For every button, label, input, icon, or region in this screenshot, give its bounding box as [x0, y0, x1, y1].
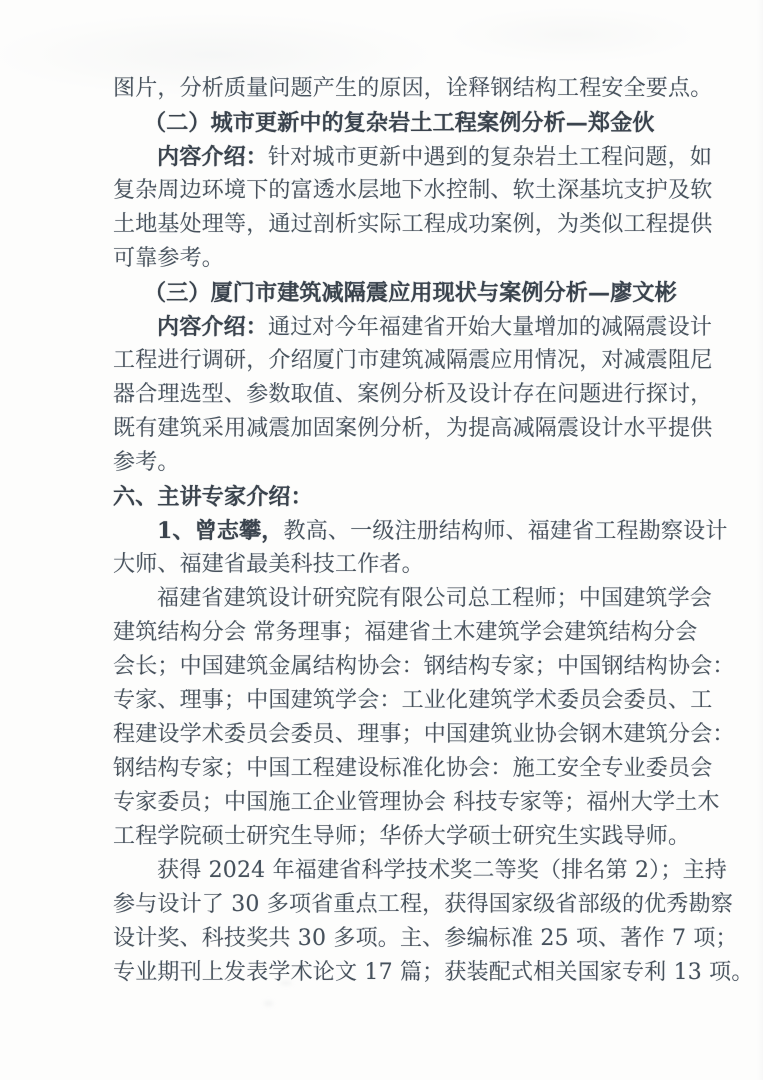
paragraph-line: 参考。 — [113, 446, 713, 480]
body-text: 程建设学术委员会委员、理事；中国建筑业协会钢木建筑分会： — [113, 722, 735, 747]
paragraph-line: 参与设计了 30 多项省重点工程，获得国家级省部级的优秀勘察 — [113, 888, 713, 922]
body-text: 专家委员；中国施工企业管理协会 科技专家等；福州大学土木 — [113, 790, 720, 815]
document-text-block: 图片，分析质量问题产生的原因，诠释钢结构工程安全要点。 （二）城市更新中的复杂岩… — [113, 72, 713, 990]
label-content-intro: 内容介绍： — [157, 314, 268, 340]
paragraph-line: 专家委员；中国施工企业管理协会 科技专家等；福州大学土木 — [113, 786, 713, 820]
body-text: 工程学院硕士研究生导师；华侨大学硕士研究生实践导师。 — [113, 824, 690, 849]
paragraph-line: 内容介绍：通过对今年福建省开始大量增加的减隔震设计 — [113, 310, 713, 344]
heading-text: （三）厦门市建筑减隔震应用现状与案例分析—廖文彬 — [144, 280, 677, 306]
paragraph-line: 福建省建筑设计研究院有限公司总工程师；中国建筑学会 — [113, 582, 713, 616]
body-text: 会长；中国建筑金属结构协会：钢结构专家；中国钢结构协会： — [113, 654, 735, 679]
expert-name: 1、曾志攀， — [157, 518, 284, 544]
section-heading-experts: 六、主讲专家介绍： — [113, 480, 713, 514]
paragraph-line: 既有建筑采用减震加固案例分析，为提高减隔震设计水平提供 — [113, 412, 713, 446]
label-content-intro: 内容介绍： — [157, 144, 268, 170]
body-text: 建筑结构分会 常务理事；福建省土木建筑学会建筑结构分会 — [113, 620, 697, 645]
document-page: 图片，分析质量问题产生的原因，诠释钢结构工程安全要点。 （二）城市更新中的复杂岩… — [0, 0, 763, 1080]
paragraph-line: 建筑结构分会 常务理事；福建省土木建筑学会建筑结构分会 — [113, 616, 713, 650]
body-text: 针对城市更新中遇到的复杂岩土工程问题，如 — [268, 145, 712, 170]
paragraph-line: 钢结构专家；中国工程建设标准化协会：施工安全专业委员会 — [113, 752, 713, 786]
paragraph-line: 工程学院硕士研究生导师；华侨大学硕士研究生实践导师。 — [113, 820, 713, 854]
paragraph-line: 图片，分析质量问题产生的原因，诠释钢结构工程安全要点。 — [113, 72, 713, 106]
body-text: 工程进行调研，介绍厦门市建筑减隔震应用情况，对减震阻尼 — [113, 348, 712, 373]
body-text: 图片，分析质量问题产生的原因，诠释钢结构工程安全要点。 — [113, 76, 712, 101]
body-text: 参与设计了 30 多项省重点工程，获得国家级省部级的优秀勘察 — [113, 892, 733, 917]
paragraph-line: 专家、理事；中国建筑学会：工业化建筑学术委员会委员、工 — [113, 684, 713, 718]
paragraph-line: 获得 2024 年福建省科学技术奖二等奖（排名第 2）；主持 — [113, 854, 713, 888]
body-text: 专业期刊上发表学术论文 17 篇；获装配式相关国家专利 13 项。 — [113, 960, 754, 985]
body-text: 获得 2024 年福建省科学技术奖二等奖（排名第 2）；主持 — [157, 858, 727, 883]
section-heading-case3: （三）厦门市建筑减隔震应用现状与案例分析—廖文彬 — [113, 276, 713, 310]
paragraph-line: 复杂周边环境下的富透水层地下水控制、软土深基坑支护及软 — [113, 174, 713, 208]
body-text: 钢结构专家；中国工程建设标准化协会：施工安全专业委员会 — [113, 756, 712, 781]
paragraph-line: 器合理选型、参数取值、案例分析及设计存在问题进行探讨， — [113, 378, 713, 412]
body-text: 复杂周边环境下的富透水层地下水控制、软土深基坑支护及软 — [113, 178, 712, 203]
paragraph-line: 专业期刊上发表学术论文 17 篇；获装配式相关国家专利 13 项。 — [113, 956, 713, 990]
section-heading-case2: （二）城市更新中的复杂岩土工程案例分析—郑金伙 — [113, 106, 713, 140]
heading-text: 六、主讲专家介绍： — [113, 484, 313, 510]
paragraph-line: 可靠参考。 — [113, 242, 713, 276]
body-text: 教高、一级注册结构师、福建省工程勘察设计 — [284, 519, 728, 544]
body-text: 福建省建筑设计研究院有限公司总工程师；中国建筑学会 — [157, 586, 712, 611]
paragraph-line: 会长；中国建筑金属结构协会：钢结构专家；中国钢结构协会： — [113, 650, 713, 684]
scan-artifact — [264, 1001, 273, 1006]
paragraph-line: 工程进行调研，介绍厦门市建筑减隔震应用情况，对减震阻尼 — [113, 344, 713, 378]
body-text: 可靠参考。 — [113, 246, 224, 271]
body-text: 大师、福建省最美科技工作者。 — [113, 552, 424, 577]
body-text: 土地基处理等，通过剖析实际工程成功案例，为类似工程提供 — [113, 212, 712, 237]
paragraph-line: 程建设学术委员会委员、理事；中国建筑业协会钢木建筑分会： — [113, 718, 713, 752]
paragraph-line: 土地基处理等，通过剖析实际工程成功案例，为类似工程提供 — [113, 208, 713, 242]
paragraph-line: 1、曾志攀，教高、一级注册结构师、福建省工程勘察设计 — [113, 514, 713, 548]
body-text: 参考。 — [113, 450, 180, 475]
paragraph-line: 内容介绍：针对城市更新中遇到的复杂岩土工程问题，如 — [113, 140, 713, 174]
paragraph-line: 大师、福建省最美科技工作者。 — [113, 548, 713, 582]
body-text: 设计奖、科技奖共 30 多项。主、参编标准 25 项、著作 7 项； — [113, 926, 738, 951]
body-text: 既有建筑采用减震加固案例分析，为提高减隔震设计水平提供 — [113, 416, 712, 441]
body-text: 通过对今年福建省开始大量增加的减隔震设计 — [268, 315, 712, 340]
body-text: 专家、理事；中国建筑学会：工业化建筑学术委员会委员、工 — [113, 688, 712, 713]
paragraph-line: 设计奖、科技奖共 30 多项。主、参编标准 25 项、著作 7 项； — [113, 922, 713, 956]
heading-text: （二）城市更新中的复杂岩土工程案例分析—郑金伙 — [144, 110, 655, 136]
body-text: 器合理选型、参数取值、案例分析及设计存在问题进行探讨， — [113, 382, 712, 407]
